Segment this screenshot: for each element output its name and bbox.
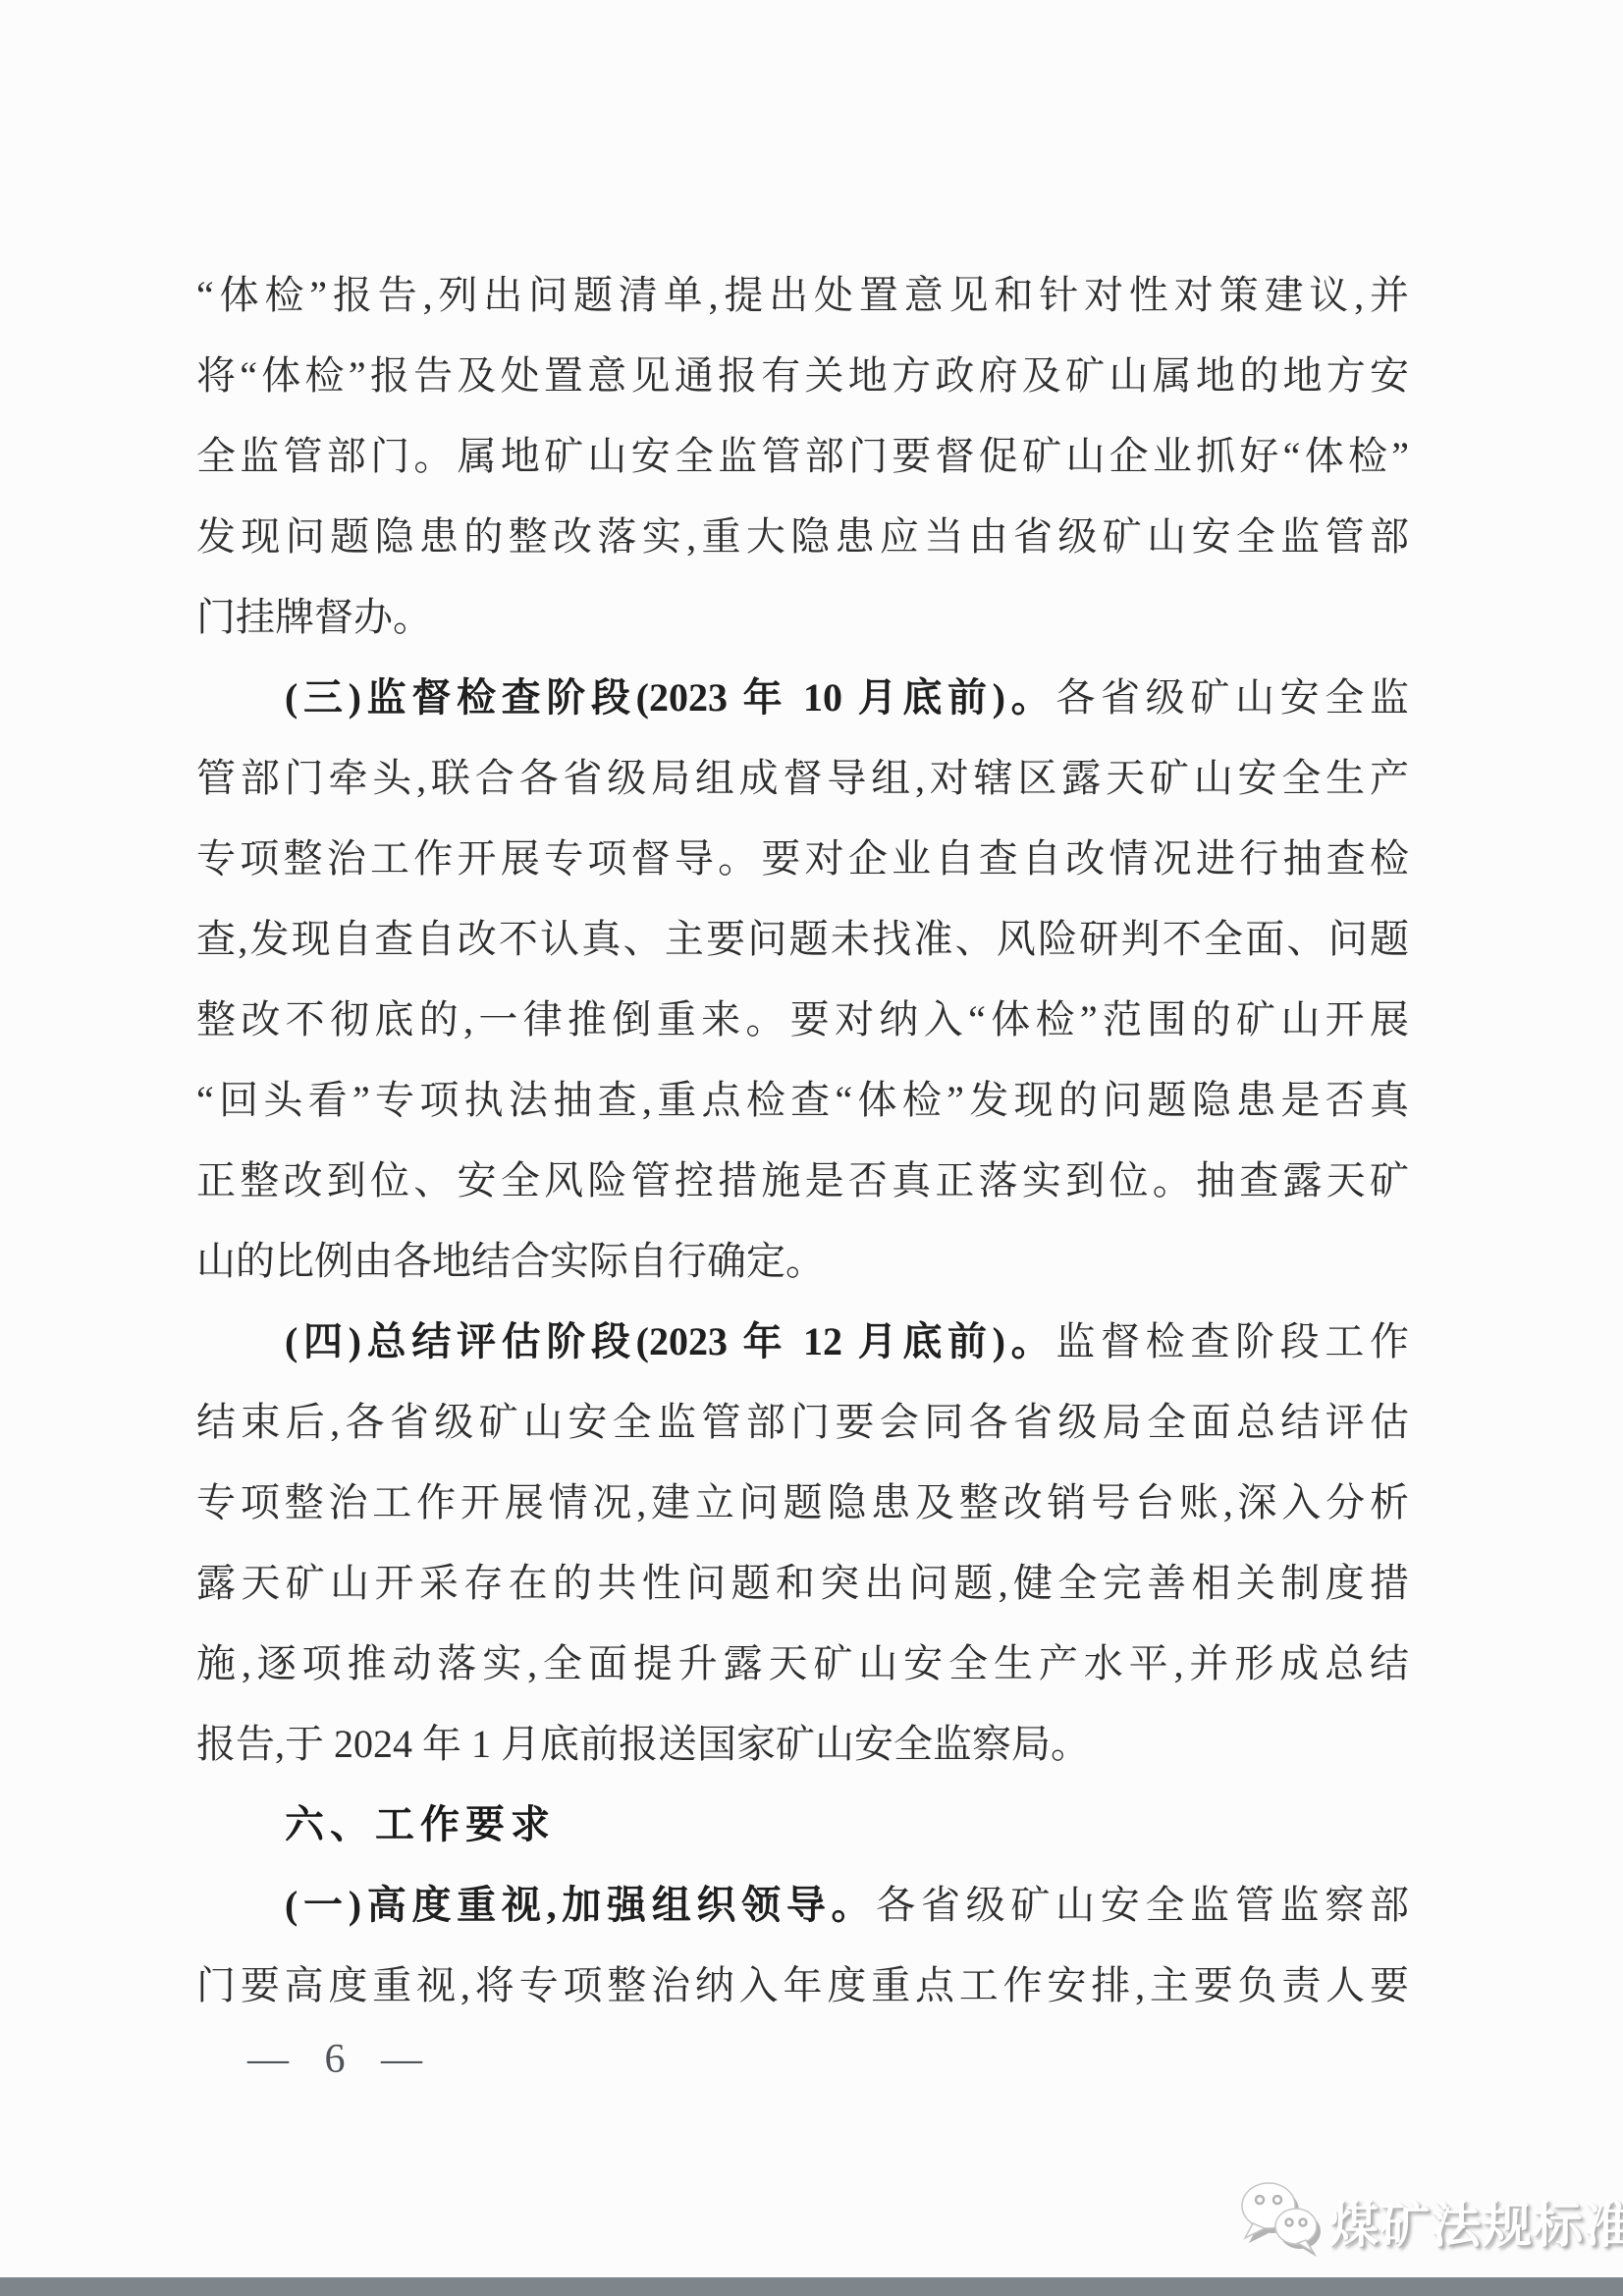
text-line: 整改不彻底的,一律推倒重来。要对纳入“体检”范围的矿山开展 xyxy=(196,980,1409,1060)
para-tijian-report-continuation: “体检”报告,列出问题清单,提出处置意见和针对性对策建议,并将“体检”报告及处置… xyxy=(196,255,1409,658)
text-segment-bold: 六、工作要求 xyxy=(285,1803,556,1846)
text-segment: “回头看”专项执法抽查,重点检查“体检”发现的问题隐患是否真 xyxy=(196,1078,1409,1122)
text-segment-bold: (四)总结评估阶段(2023 年 12 月底前)。 xyxy=(285,1319,1055,1363)
text-segment-bold: (三)监督检查阶段(2023 年 10 月底前)。 xyxy=(285,675,1055,720)
text-segment: 全监管部门。属地矿山安全监管部门要督促矿山企业抓好“体检” xyxy=(196,434,1409,478)
text-line: 露天矿山开采存在的共性问题和突出问题,健全完善相关制度措 xyxy=(196,1543,1409,1624)
text-segment: “体检”报告,列出问题清单,提出处置意见和针对性对策建议,并 xyxy=(196,273,1409,317)
document-body: “体检”报告,列出问题清单,提出处置意见和针对性对策建议,并将“体检”报告及处置… xyxy=(196,255,1409,2026)
text-segment: 施,逐项推动落实,全面提升露天矿山安全生产水平,并形成总结 xyxy=(196,1641,1409,1685)
footer-bar xyxy=(0,2277,1623,2296)
heading-section-6-work-requirements: 六、工作要求 xyxy=(196,1785,1409,1865)
text-segment: 报告,于 2024 年 1 月底前报送国家矿山安全监察局。 xyxy=(196,1722,1090,1766)
wechat-icon xyxy=(1239,2179,1324,2263)
text-segment: 各省级矿山安全监 xyxy=(1055,675,1409,720)
text-segment: 门要高度重视,将专项整治纳入年度重点工作安排,主要负责人要 xyxy=(196,1963,1409,2007)
text-line: 将“体检”报告及处置意见通报有关地方政府及矿山属地的地方安 xyxy=(196,336,1409,416)
text-segment: 管部门牵头,联合各省级局组成督导组,对辖区露天矿山安全生产 xyxy=(196,756,1409,800)
scanned-document-page: { "page": { "footer_page_number": "— 6 —… xyxy=(0,0,1623,2296)
text-line: “回头看”专项执法抽查,重点检查“体检”发现的问题隐患是否真 xyxy=(196,1060,1409,1141)
watermark: 煤矿法规标准 xyxy=(1239,2179,1623,2263)
text-line: “体检”报告,列出问题清单,提出处置意见和针对性对策建议,并 xyxy=(196,255,1409,336)
text-line: 正整改到位、安全风险管控措施是否真正落实到位。抽查露天矿 xyxy=(196,1141,1409,1221)
text-line: 六、工作要求 xyxy=(196,1785,1409,1865)
text-line: 全监管部门。属地矿山安全监管部门要督促矿山企业抓好“体检” xyxy=(196,416,1409,497)
text-line: 山的比例由各地结合实际自行确定。 xyxy=(196,1221,1409,1302)
text-segment: 整改不彻底的,一律推倒重来。要对纳入“体检”范围的矿山开展 xyxy=(196,997,1409,1041)
text-segment: 将“体检”报告及处置意见通报有关地方政府及矿山属地的地方安 xyxy=(196,353,1409,398)
watermark-label: 煤矿法规标准 xyxy=(1329,2186,1623,2257)
text-segment: 门挂牌督办。 xyxy=(196,595,432,639)
page-number: — 6 — xyxy=(247,2030,430,2089)
text-segment: 查,发现自查自改不认真、主要问题未找准、风险研判不全面、问题 xyxy=(196,917,1409,961)
para-section-4-summary-evaluation-stage: (四)总结评估阶段(2023 年 12 月底前)。监督检查阶段工作结束后,各省级… xyxy=(196,1302,1409,1785)
text-line: 施,逐项推动落实,全面提升露天矿山安全生产水平,并形成总结 xyxy=(196,1624,1409,1704)
text-segment: 监督检查阶段工作 xyxy=(1055,1319,1409,1363)
text-line: 门要高度重视,将专项整治纳入年度重点工作安排,主要负责人要 xyxy=(196,1946,1409,2026)
text-line: 门挂牌督办。 xyxy=(196,577,1409,658)
text-line: 结束后,各省级矿山安全监管部门要会同各省级局全面总结评估 xyxy=(196,1382,1409,1463)
text-segment: 发现问题隐患的整改落实,重大隐患应当由省级矿山安全监管部 xyxy=(196,514,1409,559)
text-segment: 山的比例由各地结合实际自行确定。 xyxy=(196,1239,825,1283)
text-segment-bold: (一)高度重视,加强组织领导。 xyxy=(285,1883,876,1927)
text-segment: 专项整治工作开展情况,建立问题隐患及整改销号台账,深入分析 xyxy=(196,1480,1409,1524)
text-line: 专项整治工作开展情况,建立问题隐患及整改销号台账,深入分析 xyxy=(196,1463,1409,1543)
text-line: (三)监督检查阶段(2023 年 10 月底前)。各省级矿山安全监 xyxy=(196,658,1409,738)
text-line: 专项整治工作开展专项督导。要对企业自查自改情况进行抽查检 xyxy=(196,819,1409,899)
text-segment: 露天矿山开采存在的共性问题和突出问题,健全完善相关制度措 xyxy=(196,1561,1409,1605)
para-section-3-supervision-inspection-stage: (三)监督检查阶段(2023 年 10 月底前)。各省级矿山安全监管部门牵头,联… xyxy=(196,658,1409,1302)
text-line: (一)高度重视,加强组织领导。各省级矿山安全监管监察部 xyxy=(196,1865,1409,1946)
text-segment: 专项整治工作开展专项督导。要对企业自查自改情况进行抽查检 xyxy=(196,836,1409,881)
text-line: 管部门牵头,联合各省级局组成督导组,对辖区露天矿山安全生产 xyxy=(196,738,1409,819)
text-line: 报告,于 2024 年 1 月底前报送国家矿山安全监察局。 xyxy=(196,1704,1409,1785)
text-line: 发现问题隐患的整改落实,重大隐患应当由省级矿山安全监管部 xyxy=(196,497,1409,577)
text-segment: 结束后,各省级矿山安全监管部门要会同各省级局全面总结评估 xyxy=(196,1400,1409,1444)
text-segment: 正整改到位、安全风险管控措施是否真正落实到位。抽查露天矿 xyxy=(196,1158,1409,1202)
text-line: 查,发现自查自改不认真、主要问题未找准、风险研判不全面、问题 xyxy=(196,899,1409,980)
text-line: (四)总结评估阶段(2023 年 12 月底前)。监督检查阶段工作 xyxy=(196,1302,1409,1382)
para-section-6-1-high-attention: (一)高度重视,加强组织领导。各省级矿山安全监管监察部门要高度重视,将专项整治纳… xyxy=(196,1865,1409,2026)
text-segment: 各省级矿山安全监管监察部 xyxy=(876,1883,1409,1927)
